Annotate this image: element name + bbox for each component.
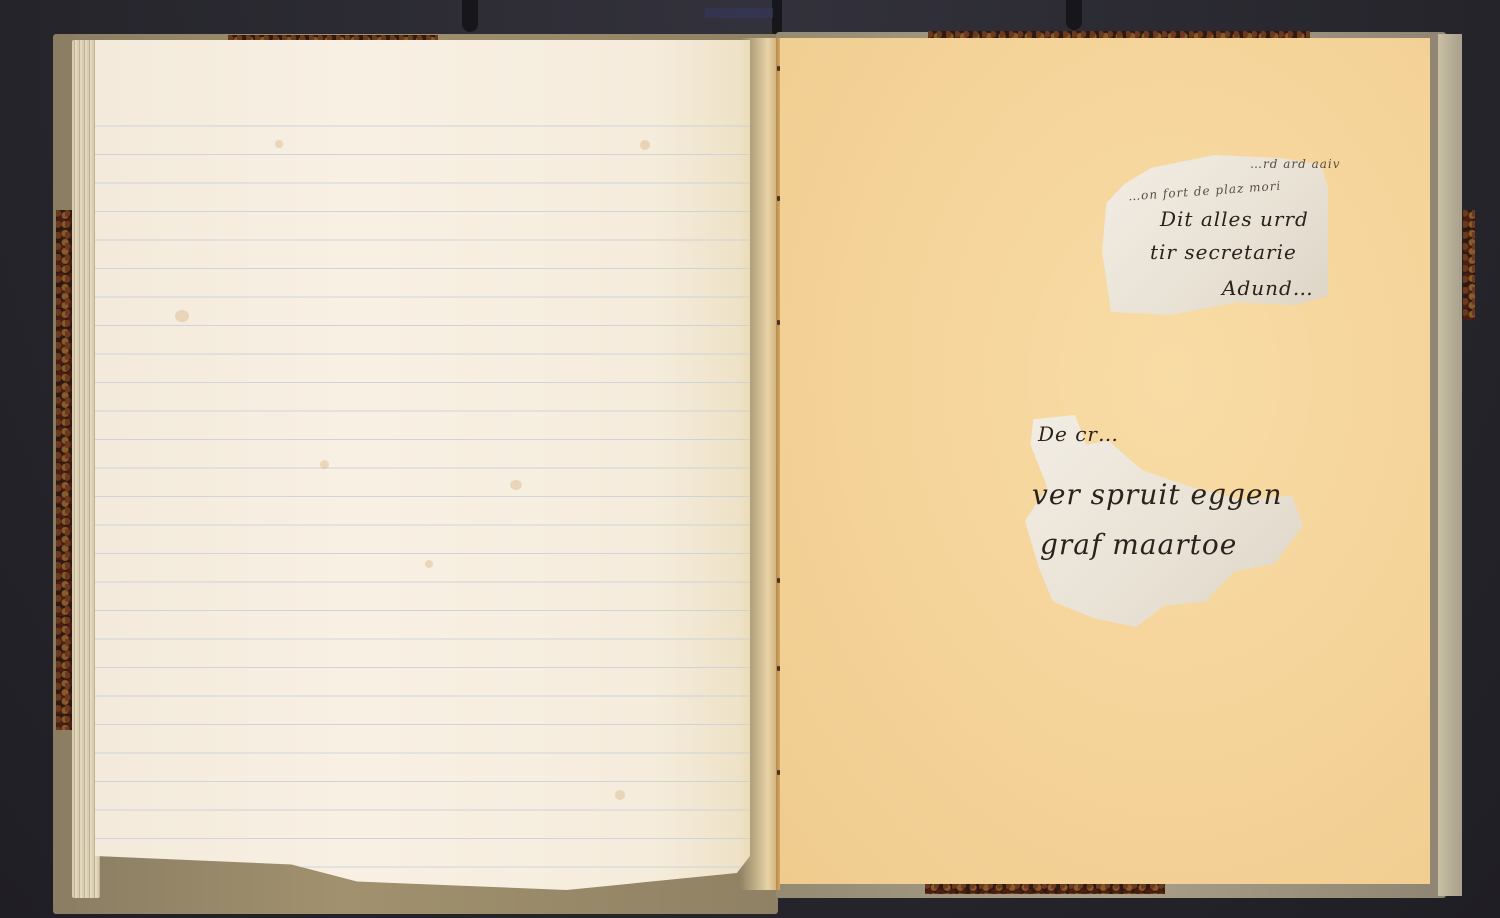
- handwritten-line: Dit alles urrd: [1160, 207, 1309, 231]
- foxing-spot: [320, 460, 329, 469]
- foxing-spot: [425, 560, 433, 568]
- page-stack-right: [1438, 34, 1462, 896]
- left-page: [95, 40, 750, 890]
- marbled-edge: [1463, 210, 1475, 320]
- handwritten-line: graf maartoe: [1040, 528, 1237, 561]
- binding-stitch: [777, 196, 780, 201]
- handwritten-line: …rd ard aaiv: [1250, 157, 1341, 171]
- handwritten-line: De cr…: [1038, 422, 1119, 446]
- clamp: [462, 0, 478, 32]
- clamp: [1066, 0, 1082, 30]
- clamp: [772, 0, 782, 36]
- marbled-edge: [56, 210, 72, 730]
- binding-stitch: [777, 320, 780, 325]
- gutter-shadow: [740, 38, 780, 890]
- handwritten-line: Adund…: [1222, 276, 1314, 300]
- gutter-fold: [776, 38, 780, 890]
- foxing-spot: [640, 140, 650, 150]
- label-strip: [705, 8, 773, 18]
- foxing-spot: [275, 140, 283, 148]
- ruled-lines: [95, 98, 750, 888]
- binding-stitch: [777, 66, 780, 71]
- foxing-spot: [510, 480, 522, 490]
- handwritten-line: tir secretarie: [1150, 240, 1297, 264]
- foxing-spot: [615, 790, 625, 800]
- binding-stitch: [777, 770, 780, 775]
- binding-stitch: [777, 666, 780, 671]
- binding-stitch: [777, 578, 780, 583]
- foxing-spot: [175, 310, 189, 322]
- handwritten-line: ver spruit eggen: [1032, 478, 1283, 511]
